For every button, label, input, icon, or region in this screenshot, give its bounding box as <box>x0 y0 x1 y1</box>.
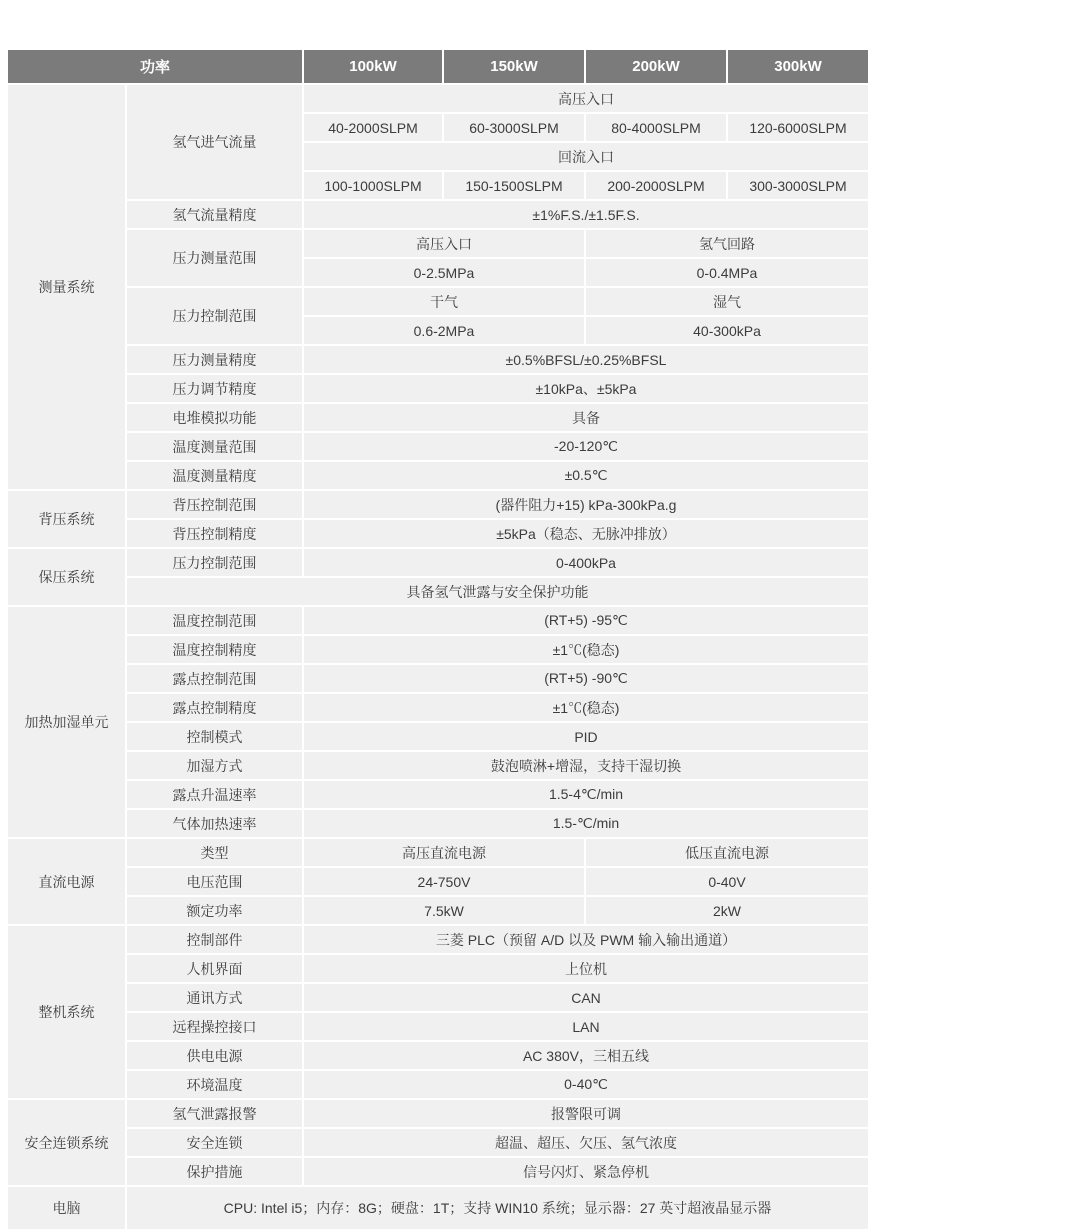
param-label: 供电电源 <box>127 1042 302 1069</box>
table-row: 安全连锁系统 氢气泄露报警 报警限可调 <box>8 1100 868 1127</box>
spec-value: 鼓泡喷淋+增湿，支持干湿切换 <box>304 752 868 779</box>
spec-value: ±0.5%BFSL/±0.25%BFSL <box>304 346 868 373</box>
param-label: 露点控制范围 <box>127 665 302 692</box>
spec-value: ±0.5℃ <box>304 462 868 489</box>
header-power-label: 功率 <box>8 50 302 83</box>
spec-value: -20-120℃ <box>304 433 868 460</box>
param-label-dc-rated-power: 额定功率 <box>127 897 302 924</box>
spec-value: 0.6-2MPa <box>304 317 584 344</box>
spec-value: (RT+5) -90℃ <box>304 665 868 692</box>
spec-value: 200-2000SLPM <box>586 172 726 199</box>
spec-value: CAN <box>304 984 868 1011</box>
spec-value: ±1℃(稳态) <box>304 636 868 663</box>
spec-value: 三菱 PLC（预留 A/D 以及 PWM 输入输出通道） <box>304 926 868 953</box>
table-row: 压力控制范围 干气 湿气 <box>8 288 868 315</box>
param-label: 加湿方式 <box>127 752 302 779</box>
table-row: 控制模式 PID <box>8 723 868 750</box>
table-row: 压力测量范围 高压入口 氢气回路 <box>8 230 868 257</box>
spec-value: 60-3000SLPM <box>444 114 584 141</box>
table-row: 环境温度 0-40℃ <box>8 1071 868 1098</box>
group-cell-pressure-hold: 保压系统 <box>8 549 125 605</box>
group-cell-measurement: 测量系统 <box>8 85 125 489</box>
table-row: 电堆模拟功能 具备 <box>8 404 868 431</box>
param-label: 氢气泄露报警 <box>127 1100 302 1127</box>
spec-value: ±1%F.S./±1.5F.S. <box>304 201 868 228</box>
subheader-hp-inlet: 高压入口 <box>304 85 868 112</box>
spec-value: 24-750V <box>304 868 584 895</box>
spec-value: 40-2000SLPM <box>304 114 442 141</box>
table-row: 额定功率 7.5kW 2kW <box>8 897 868 924</box>
param-label: 通讯方式 <box>127 984 302 1011</box>
spec-value: 报警限可调 <box>304 1100 868 1127</box>
param-label-dc-voltage: 电压范围 <box>127 868 302 895</box>
subheader-return-inlet: 回流入口 <box>304 143 868 170</box>
table-row: 直流电源 类型 高压直流电源 低压直流电源 <box>8 839 868 866</box>
table-row: 压力测量精度 ±0.5%BFSL/±0.25%BFSL <box>8 346 868 373</box>
table-row: 露点控制精度 ±1℃(稳态) <box>8 694 868 721</box>
table-row: 背压系统 背压控制范围 (器件阻力+15) kPa-300kPa.g <box>8 491 868 518</box>
subheader-wet-gas: 湿气 <box>586 288 868 315</box>
table-row: 具备氢气泄露与安全保护功能 <box>8 578 868 605</box>
table-row: 压力调节精度 ±10kPa、±5kPa <box>8 375 868 402</box>
subheader-h2-loop: 氢气回路 <box>586 230 868 257</box>
spec-value: ±10kPa、±5kPa <box>304 375 868 402</box>
param-label: 保护措施 <box>127 1158 302 1185</box>
subheader-hp-inlet: 高压入口 <box>304 230 584 257</box>
table-row: 露点升温速率 1.5-4℃/min <box>8 781 868 808</box>
param-label-dc-type: 类型 <box>127 839 302 866</box>
param-label-pressure-meas-accuracy: 压力测量精度 <box>127 346 302 373</box>
spec-value: LAN <box>304 1013 868 1040</box>
table-row: 温度控制精度 ±1℃(稳态) <box>8 636 868 663</box>
col-header-200kw: 200kW <box>586 50 726 83</box>
table-row: 温度测量范围 -20-120℃ <box>8 433 868 460</box>
param-label: 露点控制精度 <box>127 694 302 721</box>
spec-value: 具备 <box>304 404 868 431</box>
table-row: 温度测量精度 ±0.5℃ <box>8 462 868 489</box>
col-header-300kw: 300kW <box>728 50 868 83</box>
spec-value: 150-1500SLPM <box>444 172 584 199</box>
spec-value: ±1℃(稳态) <box>304 694 868 721</box>
param-label-pressure-ctrl-range: 压力控制范围 <box>127 288 302 344</box>
table-row: 供电电源 AC 380V，三相五线 <box>8 1042 868 1069</box>
spec-value: 0-40℃ <box>304 1071 868 1098</box>
spec-value: 1.5-℃/min <box>304 810 868 837</box>
table-row: 加湿方式 鼓泡喷淋+增湿，支持干湿切换 <box>8 752 868 779</box>
spec-value: 2kW <box>586 897 868 924</box>
table-row: 测量系统 氢气进气流量 高压入口 <box>8 85 868 112</box>
param-label: 安全连锁 <box>127 1129 302 1156</box>
param-label-stack-simulation: 电堆模拟功能 <box>127 404 302 431</box>
param-label-pressure-meas-range: 压力测量范围 <box>127 230 302 286</box>
spec-value: 0-400kPa <box>304 549 868 576</box>
spec-value: 超温、超压、欠压、氢气浓度 <box>304 1129 868 1156</box>
computer-spec-value: CPU: Intel i5；内存：8G；硬盘：1T；支持 WIN10 系统；显示… <box>127 1187 868 1229</box>
safety-note: 具备氢气泄露与安全保护功能 <box>127 578 868 605</box>
group-cell-back-pressure: 背压系统 <box>8 491 125 547</box>
spec-value: (RT+5) -95℃ <box>304 607 868 634</box>
spec-value: 高压直流电源 <box>304 839 584 866</box>
param-label: 远程操控接口 <box>127 1013 302 1040</box>
param-label-pressure-adj-accuracy: 压力调节精度 <box>127 375 302 402</box>
group-cell-heating-humidify: 加热加湿单元 <box>8 607 125 837</box>
table-row: 远程操控接口 LAN <box>8 1013 868 1040</box>
spec-value: 1.5-4℃/min <box>304 781 868 808</box>
table-row: 通讯方式 CAN <box>8 984 868 1011</box>
col-header-150kw: 150kW <box>444 50 584 83</box>
param-label-h2-flow: 氢气进气流量 <box>127 85 302 199</box>
spec-value: 低压直流电源 <box>586 839 868 866</box>
spec-value: ±5kPa（稳态、无脉冲排放） <box>304 520 868 547</box>
group-cell-computer: 电脑 <box>8 1187 125 1229</box>
table-row: 整机系统 控制部件 三菱 PLC（预留 A/D 以及 PWM 输入输出通道） <box>8 926 868 953</box>
spec-value: 0-40V <box>586 868 868 895</box>
table-row: 保压系统 压力控制范围 0-400kPa <box>8 549 868 576</box>
col-header-100kw: 100kW <box>304 50 442 83</box>
table-row: 电脑 CPU: Intel i5；内存：8G；硬盘：1T；支持 WIN10 系统… <box>8 1187 868 1229</box>
table-row: 氢气流量精度 ±1%F.S./±1.5F.S. <box>8 201 868 228</box>
param-label-temp-meas-accuracy: 温度测量精度 <box>127 462 302 489</box>
table-row: 背压控制精度 ±5kPa（稳态、无脉冲排放） <box>8 520 868 547</box>
spec-value: 7.5kW <box>304 897 584 924</box>
param-label: 人机界面 <box>127 955 302 982</box>
spec-value: 40-300kPa <box>586 317 868 344</box>
table-row: 安全连锁 超温、超压、欠压、氢气浓度 <box>8 1129 868 1156</box>
spec-value: 0-2.5MPa <box>304 259 584 286</box>
group-cell-safety-interlock: 安全连锁系统 <box>8 1100 125 1185</box>
param-label: 控制部件 <box>127 926 302 953</box>
table-row: 露点控制范围 (RT+5) -90℃ <box>8 665 868 692</box>
param-label: 气体加热速率 <box>127 810 302 837</box>
table-row: 保护措施 信号闪灯、紧急停机 <box>8 1158 868 1185</box>
spec-value: AC 380V，三相五线 <box>304 1042 868 1069</box>
param-label-bp-ctrl-range: 背压控制范围 <box>127 491 302 518</box>
spec-value: (器件阻力+15) kPa-300kPa.g <box>304 491 868 518</box>
param-label-flow-accuracy: 氢气流量精度 <box>127 201 302 228</box>
spec-value: 上位机 <box>304 955 868 982</box>
spec-table: 功率 100kW 150kW 200kW 300kW 测量系统 氢气进气流量 高… <box>6 48 870 1231</box>
param-label-temp-meas-range: 温度测量范围 <box>127 433 302 460</box>
subheader-dry-gas: 干气 <box>304 288 584 315</box>
spec-value: 0-0.4MPa <box>586 259 868 286</box>
table-row: 电压范围 24-750V 0-40V <box>8 868 868 895</box>
param-label-ph-ctrl-range: 压力控制范围 <box>127 549 302 576</box>
spec-value: 信号闪灯、紧急停机 <box>304 1158 868 1185</box>
spec-value: 120-6000SLPM <box>728 114 868 141</box>
header-row: 功率 100kW 150kW 200kW 300kW <box>8 50 868 83</box>
spec-value: 80-4000SLPM <box>586 114 726 141</box>
param-label: 温度控制范围 <box>127 607 302 634</box>
param-label: 温度控制精度 <box>127 636 302 663</box>
spec-value: 300-3000SLPM <box>728 172 868 199</box>
param-label: 露点升温速率 <box>127 781 302 808</box>
group-cell-dc-power: 直流电源 <box>8 839 125 924</box>
table-row: 气体加热速率 1.5-℃/min <box>8 810 868 837</box>
group-cell-system: 整机系统 <box>8 926 125 1098</box>
spec-value: 100-1000SLPM <box>304 172 442 199</box>
table-row: 人机界面 上位机 <box>8 955 868 982</box>
table-row: 加热加湿单元 温度控制范围 (RT+5) -95℃ <box>8 607 868 634</box>
spec-value: PID <box>304 723 868 750</box>
param-label: 环境温度 <box>127 1071 302 1098</box>
param-label: 控制模式 <box>127 723 302 750</box>
param-label-bp-ctrl-accuracy: 背压控制精度 <box>127 520 302 547</box>
